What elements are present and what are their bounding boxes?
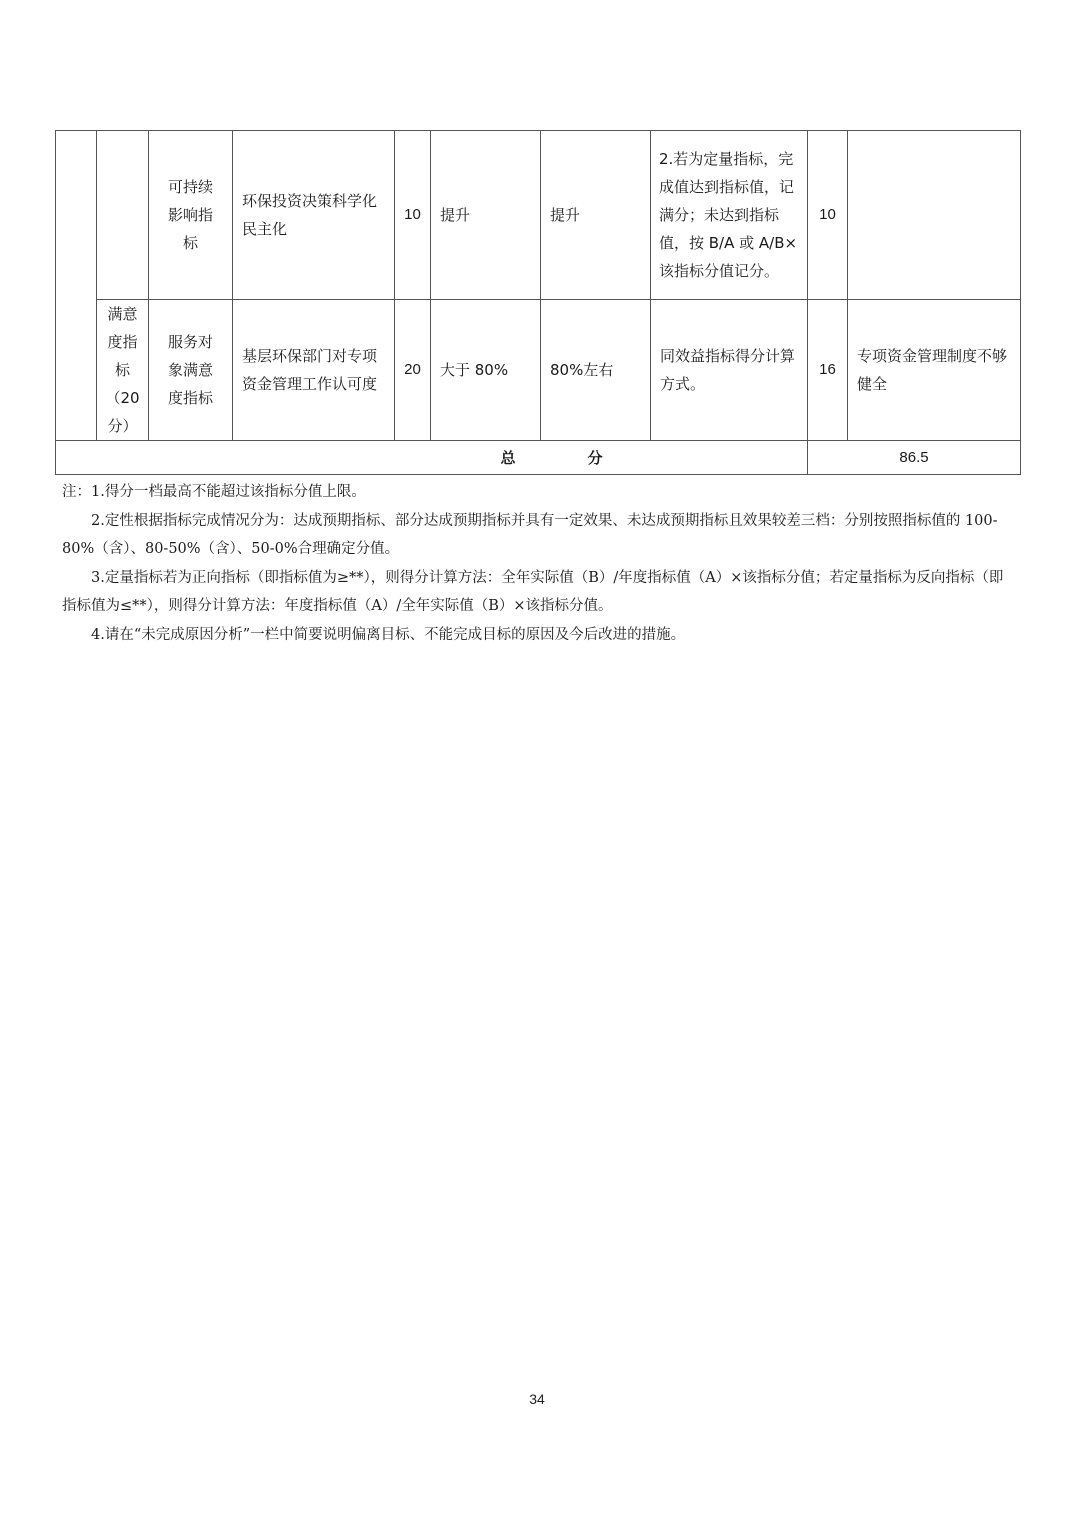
- total-score-value: 86.5: [808, 441, 1021, 475]
- scoring-method-cell: 2.若为定量指标，完成值达到指标值，记满分；未达到指标值，按 B/A 或 A/B…: [651, 131, 808, 300]
- page-number: 34: [0, 1391, 1074, 1407]
- reason-cell: 专项资金管理制度不够健全: [848, 300, 1021, 441]
- score-cell: 10: [808, 131, 848, 300]
- category-cell: [56, 131, 97, 441]
- score-cell: 16: [808, 300, 848, 441]
- indicator-content-cell: 环保投资决策科学化民主化: [233, 131, 395, 300]
- total-label-char-2: 分: [588, 444, 603, 472]
- actual-value-cell: 80%左右: [541, 300, 651, 441]
- reason-cell: [848, 131, 1021, 300]
- note-2: 2.定性根据指标完成情况分为：达成预期指标、部分达成预期指标并具有一定效果、未达…: [62, 507, 1012, 564]
- table-row: 可持续影响指标 环保投资决策科学化民主化 10 提升 提升 2.若为定量指标，完…: [56, 131, 1021, 300]
- note-4: 4.请在“未完成原因分析”一栏中简要说明偏离目标、不能完成目标的原因及今后改进的…: [62, 621, 1012, 650]
- total-row: 总分 86.5: [56, 441, 1021, 475]
- actual-value-cell: 提升: [541, 131, 651, 300]
- note-3: 3.定量指标若为正向指标（即指标值为≥**），则得分计算方法：全年实际值（B）/…: [62, 564, 1012, 621]
- scoring-method-cell: 同效益指标得分计算方式。: [651, 300, 808, 441]
- total-label-char-1: 总: [500, 444, 515, 472]
- performance-score-table: 可持续影响指标 环保投资决策科学化民主化 10 提升 提升 2.若为定量指标，完…: [55, 130, 1021, 475]
- indicator-level3-cell: 服务对象满意度指标: [149, 300, 233, 441]
- target-value-cell: 大于 80%: [431, 300, 541, 441]
- table-row: 满意度指标（20分） 服务对象满意度指标 基层环保部门对专项资金管理工作认可度 …: [56, 300, 1021, 441]
- weight-cell: 10: [395, 131, 431, 300]
- table-notes: 注：1.得分一档最高不能超过该指标分值上限。 2.定性根据指标完成情况分为：达成…: [62, 478, 1012, 649]
- weight-cell: 20: [395, 300, 431, 441]
- document-page: 可持续影响指标 环保投资决策科学化民主化 10 提升 提升 2.若为定量指标，完…: [0, 0, 1074, 1520]
- note-1: 注：1.得分一档最高不能超过该指标分值上限。: [62, 478, 1012, 507]
- indicator-content-cell: 基层环保部门对专项资金管理工作认可度: [233, 300, 395, 441]
- indicator-level2-cell: [97, 131, 149, 300]
- target-value-cell: 提升: [431, 131, 541, 300]
- indicator-level2-cell: 满意度指标（20分）: [97, 300, 149, 441]
- indicator-level3-cell: 可持续影响指标: [149, 131, 233, 300]
- total-label: 总分: [56, 441, 808, 475]
